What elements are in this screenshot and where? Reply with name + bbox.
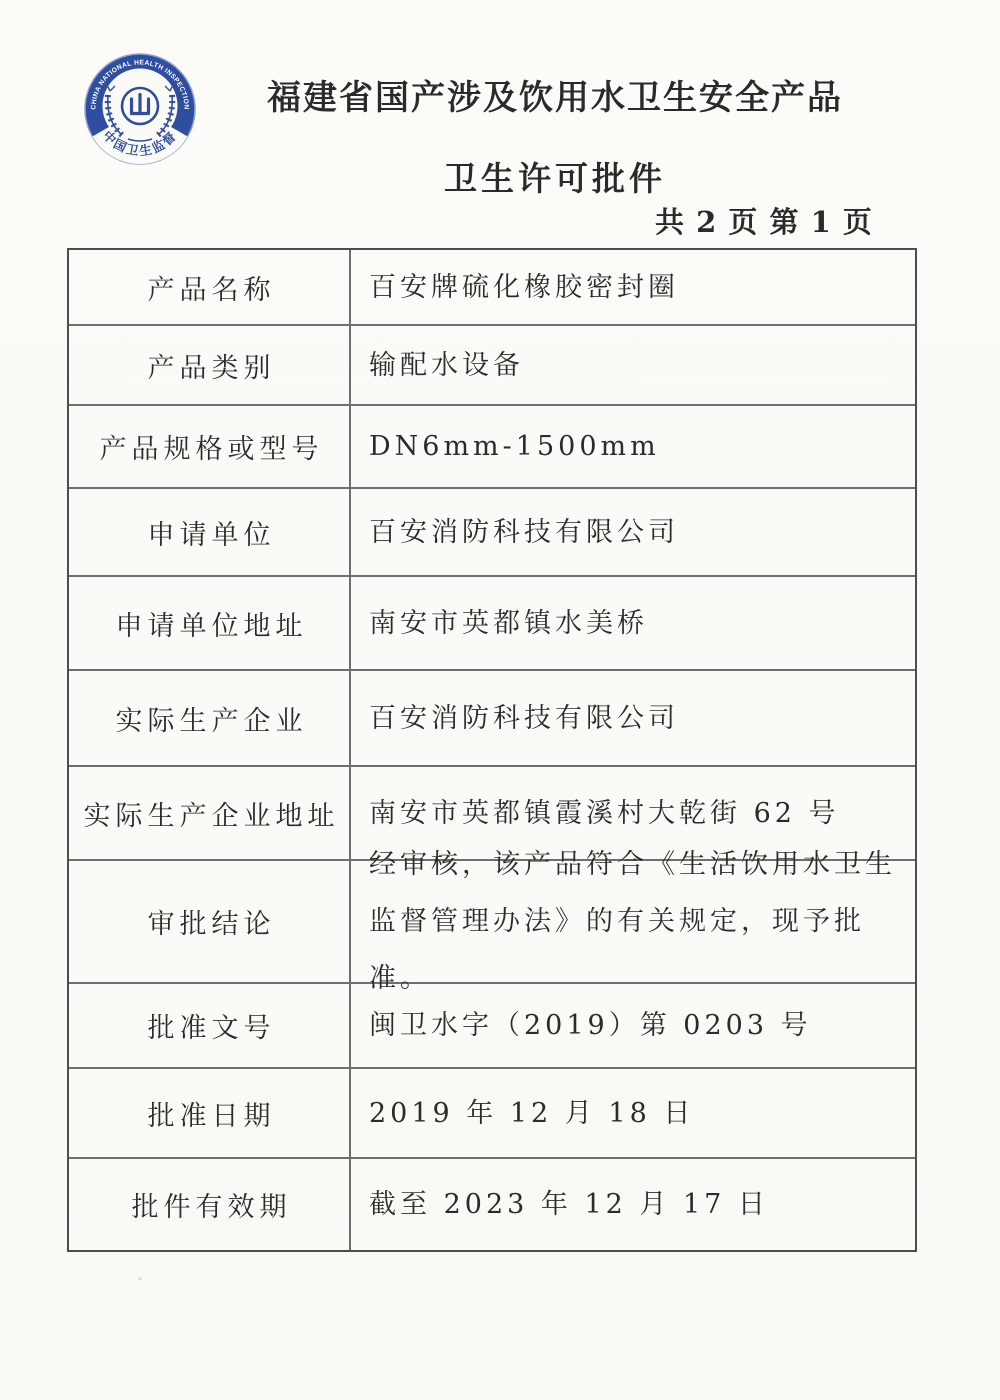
- document-title-line1: 福建省国产涉及饮用水卫生安全产品: [110, 70, 1000, 119]
- row-value: 南安市英都镇水美桥: [351, 577, 915, 669]
- row-label: 申请单位地址: [69, 577, 351, 669]
- table-row-applicant: 申请单位 百安消防科技有限公司: [69, 487, 915, 575]
- row-value: 2019 年 12 月 18 日: [351, 1069, 915, 1157]
- license-table: 产品名称 百安牌硫化橡胶密封圈 产品类别 输配水设备 产品规格或型号 DN6mm…: [67, 248, 917, 1252]
- document-header: 福建省国产涉及饮用水卫生安全产品 卫生许可批件: [110, 70, 1000, 200]
- document-title-line2: 卫生许可批件: [110, 153, 1000, 200]
- scan-smudge: ”: [137, 1275, 153, 1288]
- row-label: 审批结论: [69, 861, 351, 982]
- table-row-product-category: 产品类别 输配水设备: [69, 324, 915, 404]
- row-value: 经审核，该产品符合《生活饮用水卫生监督管理办法》的有关规定，现予批准。: [351, 861, 915, 982]
- row-value: 百安牌硫化橡胶密封圈: [351, 250, 915, 324]
- table-row-approval-conclusion: 审批结论 经审核，该产品符合《生活饮用水卫生监督管理办法》的有关规定，现予批准。: [69, 859, 915, 982]
- row-label: 实际生产企业: [69, 671, 351, 765]
- row-value: 输配水设备: [351, 326, 915, 404]
- table-row-applicant-address: 申请单位地址 南安市英都镇水美桥: [69, 575, 915, 669]
- row-label: 产品规格或型号: [69, 406, 351, 487]
- row-label: 申请单位: [69, 489, 351, 575]
- row-label: 实际生产企业地址: [69, 767, 351, 859]
- row-label: 批件有效期: [69, 1159, 351, 1250]
- row-value: 百安消防科技有限公司: [351, 671, 915, 765]
- table-row-product-spec: 产品规格或型号 DN6mm-1500mm: [69, 404, 915, 487]
- row-label: 产品类别: [69, 326, 351, 404]
- row-value: 闽卫水字（2019）第 0203 号: [351, 984, 915, 1067]
- table-row-product-name: 产品名称 百安牌硫化橡胶密封圈: [69, 250, 915, 324]
- row-value: 百安消防科技有限公司: [351, 489, 915, 575]
- page-indicator: 共 2 页 第 1 页: [655, 200, 915, 241]
- table-row-approval-date: 批准日期 2019 年 12 月 18 日: [69, 1067, 915, 1157]
- row-label: 产品名称: [69, 250, 351, 324]
- row-value: 截至 2023 年 12 月 17 日: [351, 1159, 915, 1250]
- row-label: 批准日期: [69, 1069, 351, 1157]
- scanned-document-page: CHINA NATIONAL HEALTH INSPECTION 中国卫生监督 …: [0, 0, 1000, 1400]
- table-row-approval-number: 批准文号 闽卫水字（2019）第 0203 号: [69, 982, 915, 1067]
- row-label: 批准文号: [69, 984, 351, 1067]
- row-value: DN6mm-1500mm: [351, 406, 915, 487]
- table-row-validity-period: 批件有效期 截至 2023 年 12 月 17 日: [69, 1157, 915, 1250]
- table-row-manufacturer: 实际生产企业 百安消防科技有限公司: [69, 669, 915, 765]
